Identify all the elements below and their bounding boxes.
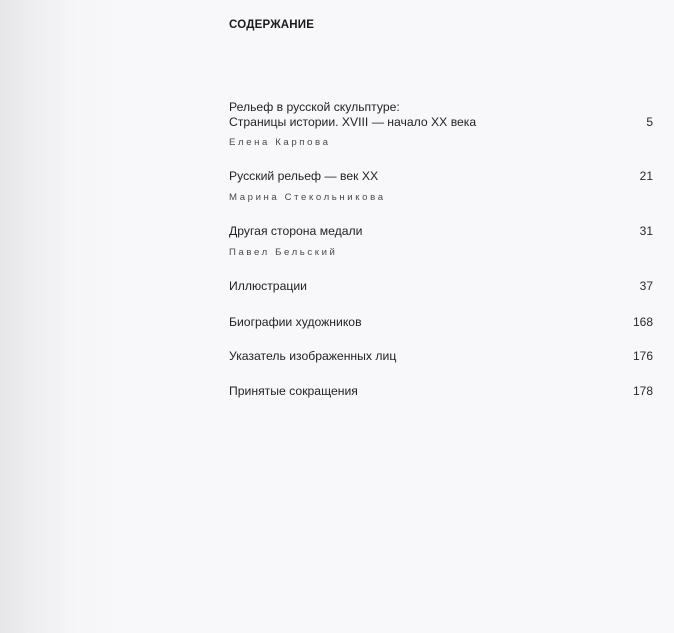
entry-page-number: 178 bbox=[633, 384, 653, 398]
entry-author: Павел Бельский bbox=[229, 247, 338, 258]
entry-author: Елена Карпова bbox=[229, 137, 331, 148]
entry-title-line: Русский рельеф — век XX bbox=[229, 169, 378, 183]
entry-page-number: 31 bbox=[640, 224, 653, 238]
book-page: СОДЕРЖАНИЕ Рельеф в русской скульптуре: … bbox=[0, 0, 674, 633]
entry-page-number: 168 bbox=[633, 315, 653, 329]
entry-page-number: 5 bbox=[646, 115, 653, 129]
entry-title-line: Другая сторона медали bbox=[229, 224, 362, 238]
entry-title-line: Принятые сокращения bbox=[229, 384, 358, 398]
entry-page-number: 21 bbox=[640, 169, 653, 183]
table-of-contents-heading: СОДЕРЖАНИЕ bbox=[229, 19, 314, 31]
entry-title-line: Биографии художников bbox=[229, 315, 362, 329]
entry-title-line: Рельеф в русской скульптуре: bbox=[229, 100, 400, 114]
entry-title-line: Страницы истории. XVIII — начало XX века bbox=[229, 115, 476, 129]
entry-page-number: 37 bbox=[640, 279, 653, 293]
entry-page-number: 176 bbox=[633, 349, 653, 363]
entry-title-line: Иллюстрации bbox=[229, 279, 307, 293]
entry-author: Марина Стекольникова bbox=[229, 192, 386, 203]
entry-title-line: Указатель изображенных лиц bbox=[229, 349, 396, 363]
